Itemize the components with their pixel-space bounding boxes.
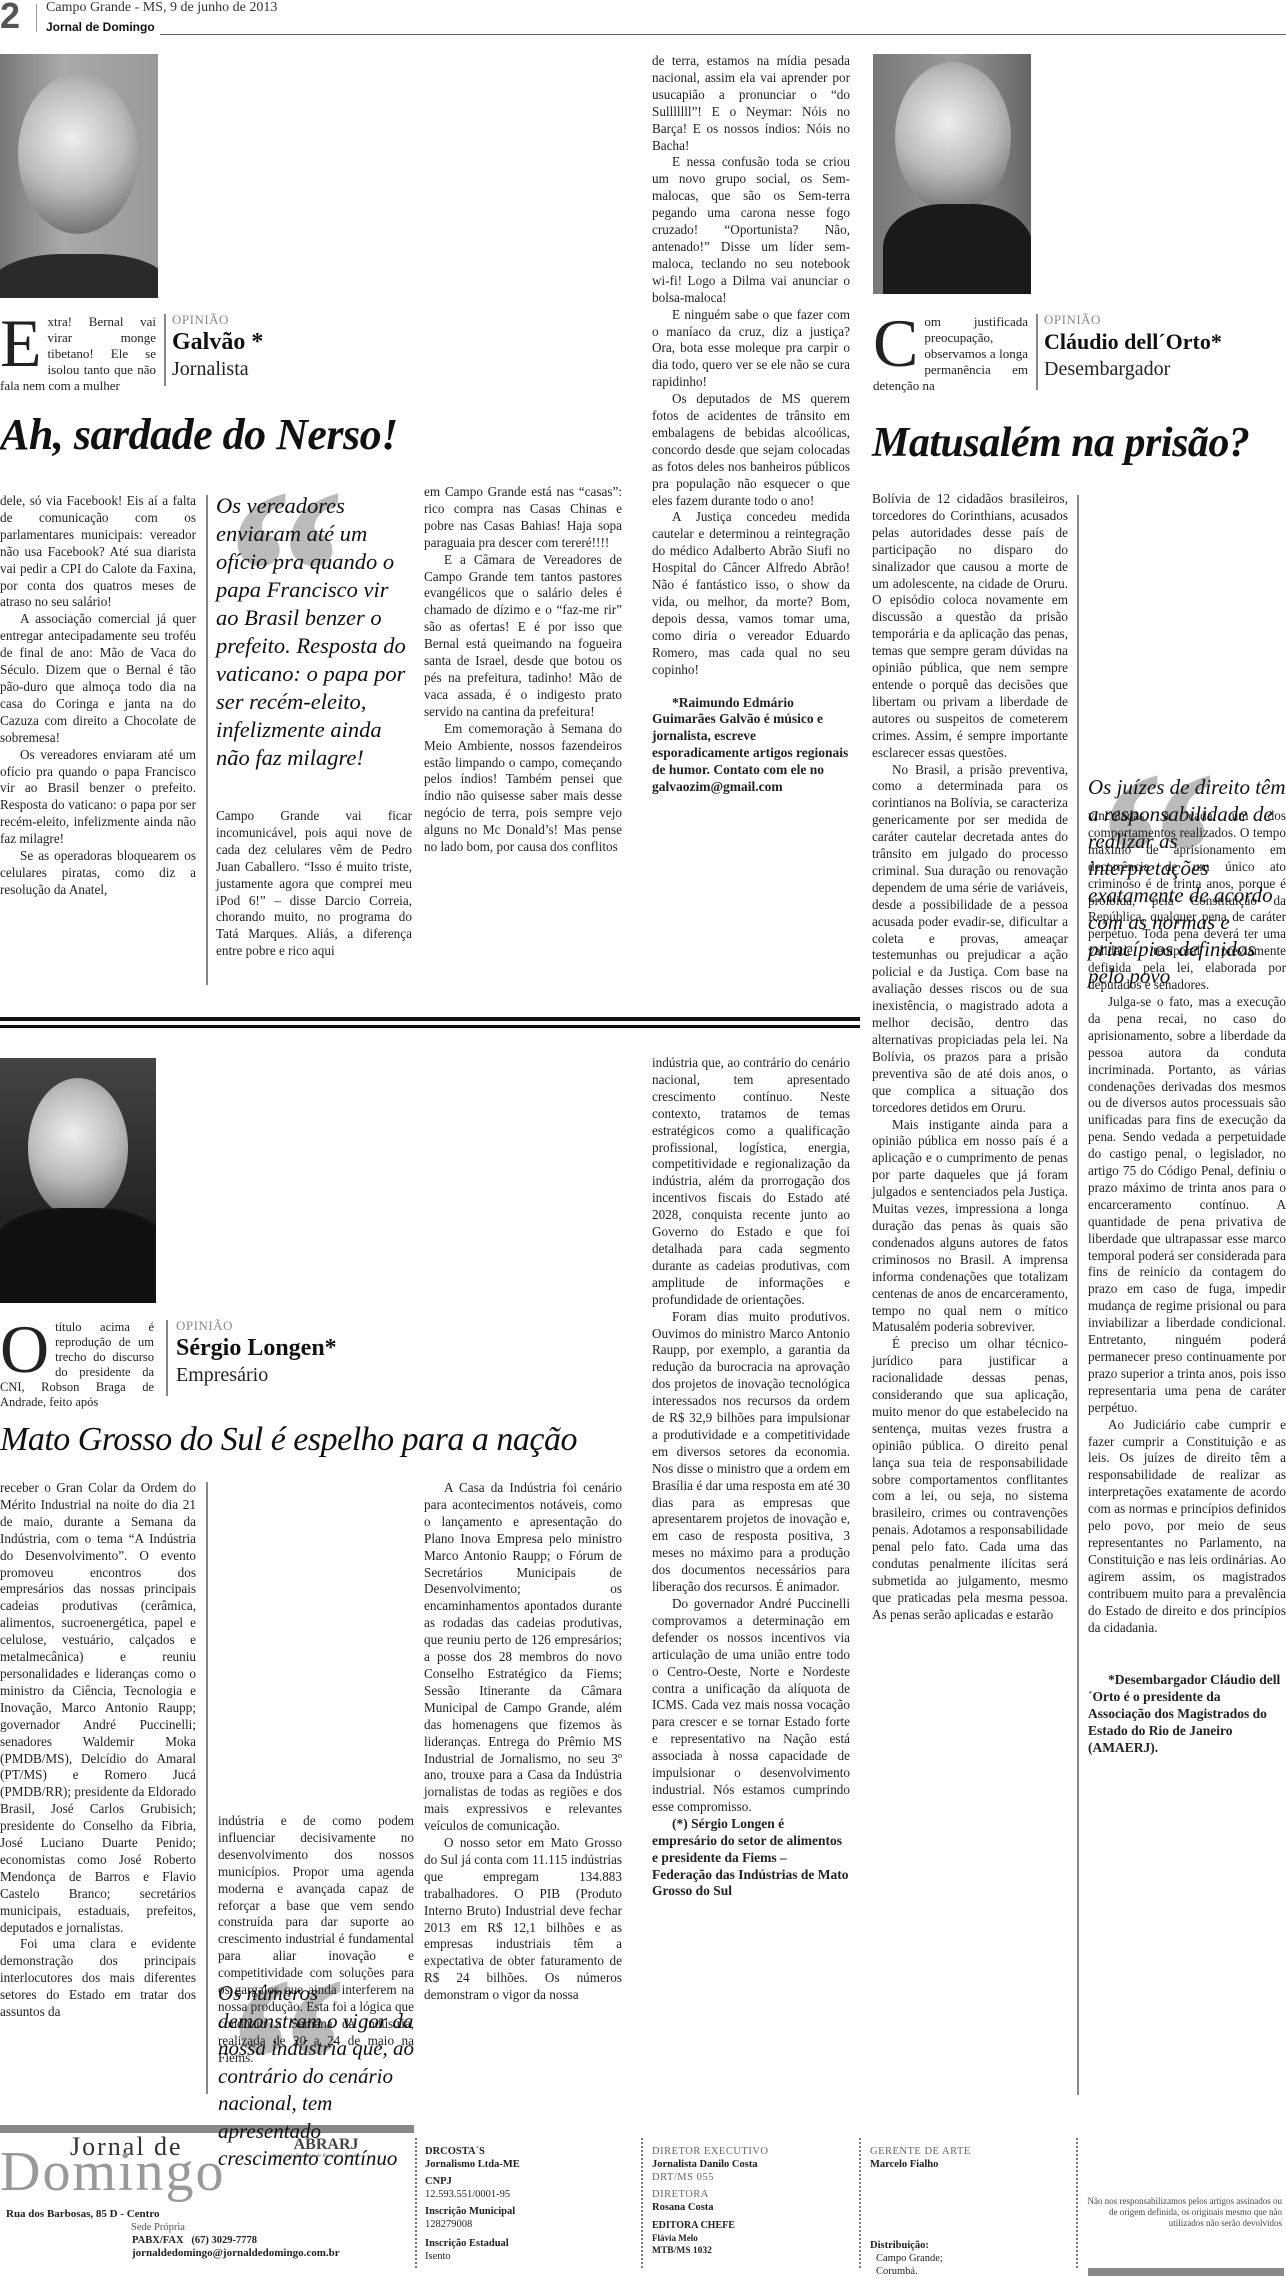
lede-dellorto: C om justificada preocupação, observamos… bbox=[873, 314, 1028, 394]
byline-divider bbox=[166, 1320, 168, 1396]
author-name: Galvão * bbox=[172, 328, 263, 356]
drop-cap: C bbox=[873, 316, 918, 370]
header-divider bbox=[36, 4, 37, 32]
footer-email[interactable]: jornaldedomingo@jornaldedomingo.com.br bbox=[132, 2247, 416, 2260]
byline-galvao: OPINIÃO Galvão * Jornalista bbox=[172, 312, 263, 382]
logo-big: Domingo bbox=[0, 2144, 226, 2200]
author-bio: *Raimundo Edmário Guimarães Galvão é mús… bbox=[652, 695, 850, 796]
footer-divider bbox=[415, 2138, 417, 2268]
byline-dellorto: OPINIÃO Cláudio dell´Orto* Desembargador bbox=[1044, 312, 1222, 382]
date-line: Campo Grande - MS, 9 de junho de 2013 bbox=[46, 0, 277, 16]
kicker: OPINIÃO bbox=[176, 1318, 337, 1334]
byline-longen: OPINIÃO Sérgio Longen* Empresário bbox=[176, 1318, 337, 1388]
footer-divider bbox=[641, 2138, 643, 2268]
column-divider bbox=[206, 495, 208, 985]
author-bio: (*) Sérgio Longen é empresário do setor … bbox=[652, 1816, 850, 1901]
column-galvao-2: Campo Grande vai ficar incomunicável, po… bbox=[216, 808, 412, 960]
headline-longen: Mato Grosso do Sul é espelho para a naçã… bbox=[0, 1415, 577, 1465]
author-bio: *Desembargador Cláudio dell´Orto é o pre… bbox=[1088, 1672, 1286, 1757]
author-role: Jornalista bbox=[172, 356, 263, 382]
column-divider bbox=[1077, 495, 1079, 2095]
lede-longen: O título acima é reprodução de um trecho… bbox=[0, 1320, 154, 1410]
byline-divider bbox=[164, 314, 166, 386]
column-divider bbox=[206, 1482, 208, 2094]
paper-name: Jornal de Domingo bbox=[46, 20, 155, 34]
footer-divider bbox=[859, 2138, 861, 2268]
column-galvao-1: dele, só via Facebook! Eis aí a falta de… bbox=[0, 493, 196, 899]
kicker: OPINIÃO bbox=[1044, 312, 1222, 328]
author-photo-dellorto bbox=[873, 54, 1031, 294]
author-photo-longen bbox=[0, 1058, 156, 1303]
page-number: 2 bbox=[0, 0, 20, 32]
column-galvao-4: de terra, estamos na mídia pesada nacion… bbox=[652, 53, 850, 796]
column-dellorto-1: Bolívia de 12 cidadãos brasileiros, torc… bbox=[872, 491, 1068, 1624]
footer-art: GERENTE DE ARTE Marcelo Fialho Distribui… bbox=[870, 2145, 1070, 2278]
lede-galvao: E xtra! Bernal vai virar monge tibetano!… bbox=[0, 314, 156, 394]
column-galvao-3: em Campo Grande está nas “casas”: rico c… bbox=[424, 484, 622, 856]
kicker: OPINIÃO bbox=[172, 312, 263, 328]
author-name: Sérgio Longen* bbox=[176, 1334, 337, 1362]
author-name: Cláudio dell´Orto* bbox=[1044, 328, 1222, 356]
headline-dellorto: Matusalém na prisão? bbox=[872, 418, 1249, 468]
drop-cap: O bbox=[0, 1322, 49, 1376]
pull-quote-galvao: “ Os vereadores enviaram até um ofício p… bbox=[216, 492, 416, 772]
column-longen-1: receber o Gran Colar da Ordem do Mérito … bbox=[0, 1480, 196, 2021]
author-photo-galvao bbox=[0, 54, 158, 298]
header-rule bbox=[160, 34, 1286, 35]
drop-cap: E bbox=[0, 316, 42, 370]
footer-address: Rua dos Barbosas, 85 D - Centro Sede Pró… bbox=[6, 2208, 416, 2260]
column-longen-4: indústria que, ao contrário do cenário n… bbox=[652, 1055, 850, 1900]
column-longen-3: A Casa da Indústria foi cenário para aco… bbox=[424, 1480, 622, 2004]
footer-divider bbox=[1076, 2138, 1078, 2268]
author-role: Desembargador bbox=[1044, 356, 1222, 382]
author-role: Empresário bbox=[176, 1362, 337, 1388]
footer-bar bbox=[1088, 2268, 1284, 2276]
footer-company: DRCOSTA´S Jornalismo Ltda-ME CNPJ 12.593… bbox=[425, 2145, 625, 2263]
byline-divider bbox=[1036, 314, 1038, 390]
section-rule bbox=[0, 1017, 860, 1021]
footer-disclaimer: Não nos responsabilizamos pelos artigos … bbox=[1086, 2196, 1282, 2229]
section-rule-2 bbox=[0, 1025, 860, 1028]
footer-directors: DIRETOR EXECUTIVO Jornalista Danilo Cost… bbox=[652, 2145, 852, 2258]
